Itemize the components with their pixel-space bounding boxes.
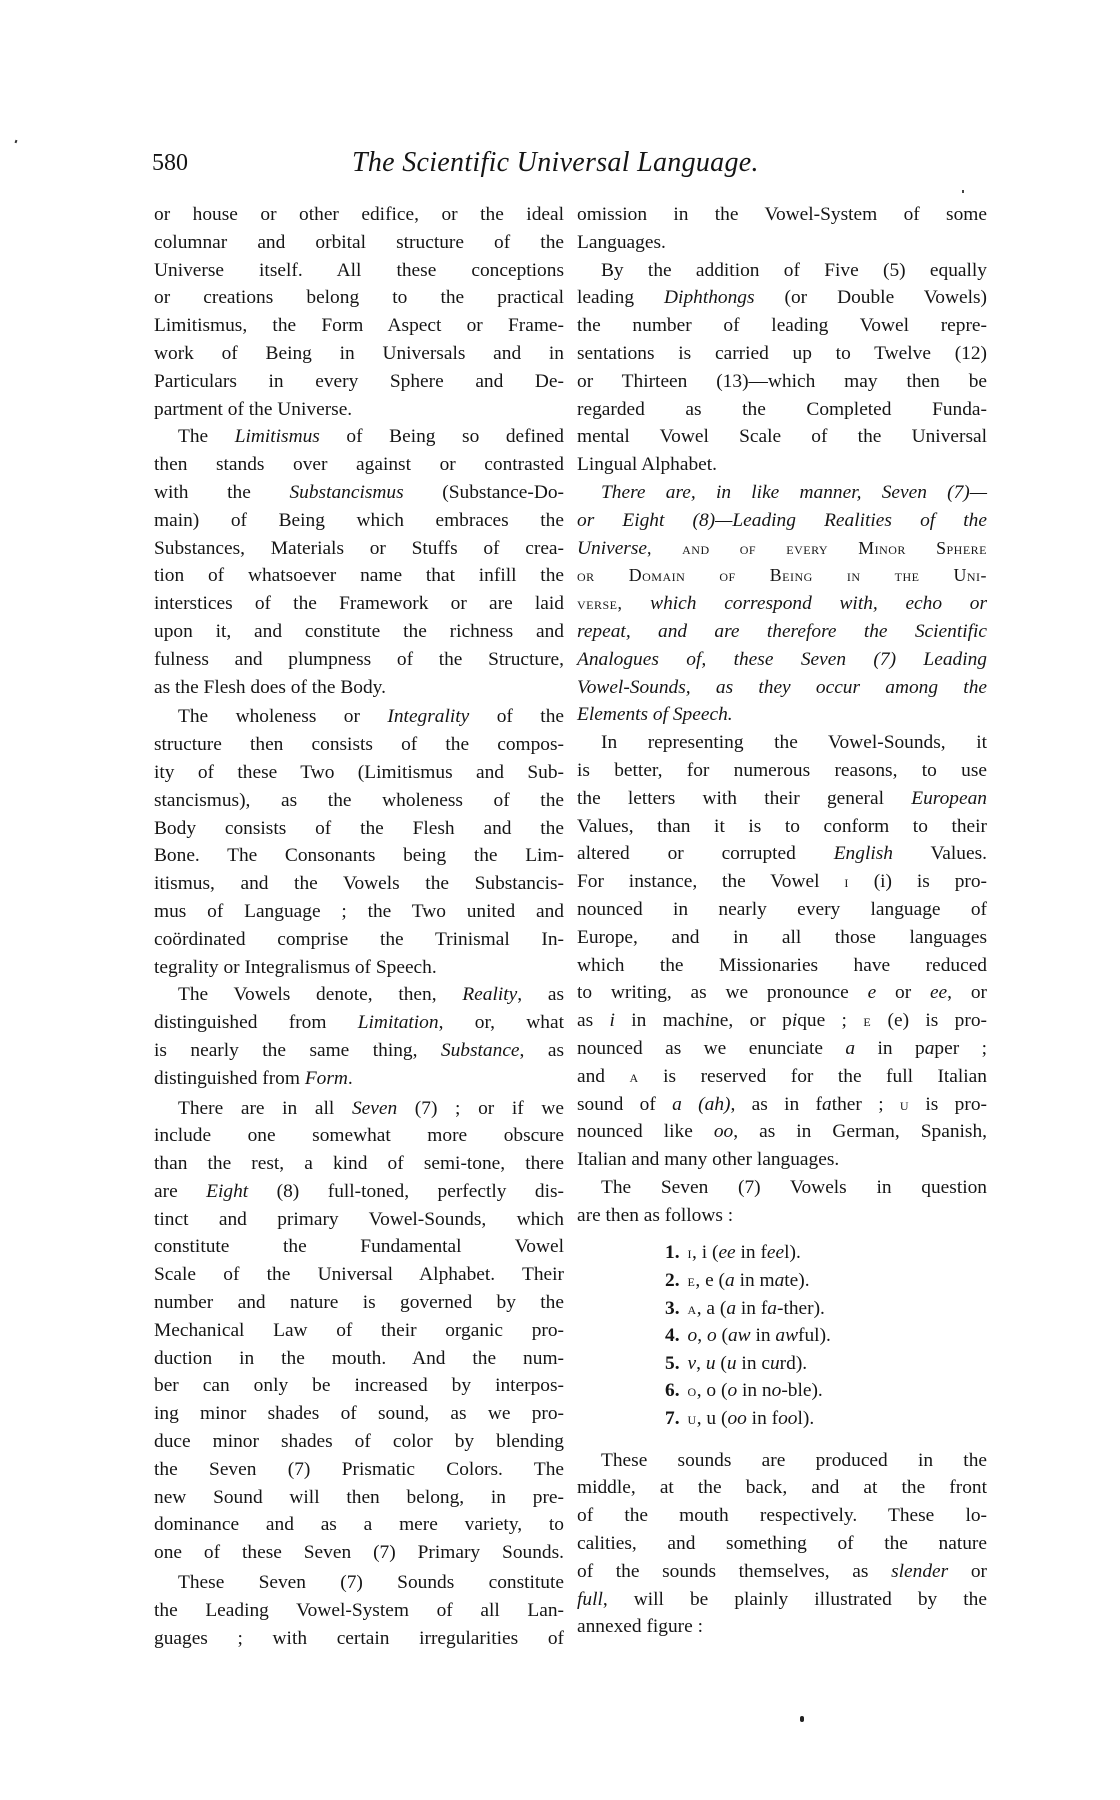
text-line: sound of a (ah), as in father ; u is pro…	[577, 1091, 987, 1119]
text-line: as i in machine, or pique ; e (e) is pro…	[577, 1007, 987, 1035]
text-line: By the addition of Five (5) equally	[577, 257, 987, 285]
text-line: There are, in like manner, Seven (7)—	[577, 479, 987, 507]
page-number: 580	[152, 148, 188, 178]
text-line: are Eight (8) full-toned, perfectly dis-	[154, 1178, 564, 1206]
running-title: The Scientific Universal Language.	[352, 148, 759, 178]
text-line: of the mouth respectively. These lo-	[577, 1502, 987, 1530]
text-line: distinguished from Form.	[154, 1065, 564, 1093]
text-line: nounced as we enunciate a in paper ;	[577, 1035, 987, 1063]
text-line: The Seven (7) Vowels in question	[577, 1174, 987, 1202]
text-line: verse, which correspond with, echo or	[577, 590, 987, 618]
paragraph-leading-realities: There are, in like manner, Seven (7)— or…	[577, 479, 987, 729]
text-line: mus of Language ; the Two united and	[154, 898, 564, 926]
paragraph-vowels-denote: The Vowels denote, then, Reality, as dis…	[154, 981, 564, 1092]
text-line: Values, than it is to conform to their	[577, 813, 987, 841]
text-line: tinct and primary Vowel-Sounds, which	[154, 1206, 564, 1234]
text-line: one of these Seven (7) Primary Sounds.	[154, 1539, 564, 1567]
text-line: The wholeness or Integrality of the	[154, 703, 564, 731]
text-line: altered or corrupted English Values.	[577, 840, 987, 868]
text-line: The Vowels denote, then, Reality, as	[154, 981, 564, 1009]
paragraph-seven-vowels-intro: The Seven (7) Vowels in question are the…	[577, 1174, 987, 1230]
text-line: Europe, and in all those languages	[577, 924, 987, 952]
text-line: Languages.	[577, 229, 987, 257]
paragraph-continued: omission in the Vowel-System of some Lan…	[577, 201, 987, 257]
text-line: are then as follows :	[577, 1202, 987, 1230]
text-line: Lingual Alphabet.	[577, 451, 987, 479]
paragraph-representing-vowels: In representing the Vowel-Sounds, it is …	[577, 729, 987, 1174]
vowel-list-item: 3.a, a (a in fa-ther).	[577, 1295, 987, 1323]
text-line: Mechanical Law of their organic pro-	[154, 1317, 564, 1345]
paragraph-sounds-produced: These sounds are produced in the middle,…	[577, 1447, 987, 1642]
text-line: is better, for numerous reasons, to use	[577, 757, 987, 785]
text-line: number and nature is governed by the	[154, 1289, 564, 1317]
left-column: or house or other edifice, or the ideal …	[154, 201, 564, 1652]
text-line: work of Being in Universals and in	[154, 340, 564, 368]
page-header: 580 The Scientific Universal Language.	[152, 148, 988, 182]
text-line: For instance, the Vowel i (i) is pro-	[577, 868, 987, 896]
text-line: full, will be plainly illustrated by the	[577, 1586, 987, 1614]
text-line: Body consists of the Flesh and the	[154, 815, 564, 843]
right-column: omission in the Vowel-System of some Lan…	[577, 201, 987, 1641]
text-line: Scale of the Universal Alphabet. Their	[154, 1261, 564, 1289]
text-line: These Seven (7) Sounds constitute	[154, 1569, 564, 1597]
text-line: new Sound will then belong, in pre-	[154, 1484, 564, 1512]
vowel-list-item: 4.o, o (aw in awful).	[577, 1322, 987, 1350]
text-line: of the sounds themselves, as slender or	[577, 1558, 987, 1586]
text-line: constitute the Fundamental Vowel	[154, 1233, 564, 1261]
text-line: Italian and many other languages.	[577, 1146, 987, 1174]
text-line: nounced like oo, as in German, Spanish,	[577, 1118, 987, 1146]
text-line: Universe itself. All these conceptions	[154, 257, 564, 285]
scan-artifact-tick	[962, 190, 964, 193]
text-line: then stands over against or contrasted	[154, 451, 564, 479]
text-line: dominance and as a mere variety, to	[154, 1511, 564, 1539]
text-line: include one somewhat more obscure	[154, 1122, 564, 1150]
text-line: partment of the Universe.	[154, 396, 564, 424]
paragraph: or house or other edifice, or the ideal …	[154, 201, 564, 423]
vowel-list-item: 2.e, e (a in mate).	[577, 1267, 987, 1295]
text-line: duce minor shades of color by blending	[154, 1428, 564, 1456]
text-line: fulness and plumpness of the Structure,	[154, 646, 564, 674]
text-line: regarded as the Completed Funda-	[577, 396, 987, 424]
text-line: with the Substancismus (Substance-Do-	[154, 479, 564, 507]
text-line: and a is reserved for the full Italian	[577, 1063, 987, 1091]
text-line: or Eight (8)—Leading Realities of the	[577, 507, 987, 535]
text-line: coördinated comprise the Trinismal In-	[154, 926, 564, 954]
text-line: distinguished from Limitation, or, what	[154, 1009, 564, 1037]
text-line: Vowel-Sounds, as they occur among the	[577, 674, 987, 702]
paragraph-limitismus: The Limitismus of Being so defined then …	[154, 423, 564, 701]
text-line: duction in the mouth. And the num-	[154, 1345, 564, 1373]
vowel-list-item: 6.o, o (o in no-ble).	[577, 1377, 987, 1405]
text-line: guages ; with certain irregularities of	[154, 1625, 564, 1653]
vowel-list-item: 5.v, u (u in curd).	[577, 1350, 987, 1378]
scan-artifact-mark	[15, 140, 18, 144]
vowel-list-item: 7.u, u (oo in fool).	[577, 1405, 987, 1433]
text-line: These sounds are produced in the	[577, 1447, 987, 1475]
text-line: to writing, as we pronounce e or ee, or	[577, 979, 987, 1007]
text-line: middle, at the back, and at the front	[577, 1474, 987, 1502]
text-line: which the Missionaries have reduced	[577, 952, 987, 980]
text-line: itismus, and the Vowels the Substancis-	[154, 870, 564, 898]
text-line: as the Flesh does of the Body.	[154, 674, 564, 702]
paragraph-seven-sounds: There are in all Seven (7) ; or if we in…	[154, 1095, 564, 1568]
text-line: or Domain of Being in the Uni-	[577, 562, 987, 590]
text-line: Elements of Speech.	[577, 701, 987, 729]
vowel-list-item: 1.i, i (ee in feel).	[577, 1239, 987, 1267]
text-line: Analogues of, these Seven (7) Leading	[577, 646, 987, 674]
text-line: Bone. The Consonants being the Lim-	[154, 842, 564, 870]
text-line: Limitismus, the Form Aspect or Frame-	[154, 312, 564, 340]
text-line: sentations is carried up to Twelve (12)	[577, 340, 987, 368]
text-line: structure then consists of the compos-	[154, 731, 564, 759]
text-line: upon it, and constitute the richness and	[154, 618, 564, 646]
text-line: Universe, and of every Minor Sphere	[577, 535, 987, 563]
text-line: ber can only be increased by interpos-	[154, 1372, 564, 1400]
scan-artifact-dot	[800, 1716, 804, 1722]
text-line: calities, and something of the nature	[577, 1530, 987, 1558]
text-line: or Thirteen (13)—which may then be	[577, 368, 987, 396]
paragraph-integrality: The wholeness or Integrality of the stru…	[154, 703, 564, 981]
paragraph-diphthongs: By the addition of Five (5) equally lead…	[577, 257, 987, 479]
text-line: main) of Being which embraces the	[154, 507, 564, 535]
text-line: The Limitismus of Being so defined	[154, 423, 564, 451]
text-line: Substances, Materials or Stuffs of crea-	[154, 535, 564, 563]
text-line: interstices of the Framework or are laid	[154, 590, 564, 618]
text-line: stancismus), as the wholeness of the	[154, 787, 564, 815]
text-line: omission in the Vowel-System of some	[577, 201, 987, 229]
text-line: the Leading Vowel-System of all Lan-	[154, 1597, 564, 1625]
text-line: leading Diphthongs (or Double Vowels)	[577, 284, 987, 312]
text-line: the letters with their general European	[577, 785, 987, 813]
text-line: tegrality or Integralismus of Speech.	[154, 954, 564, 982]
text-line: mental Vowel Scale of the Universal	[577, 423, 987, 451]
text-line: ing minor shades of sound, as we pro-	[154, 1400, 564, 1428]
text-line: columnar and orbital structure of the	[154, 229, 564, 257]
paragraph-leading-vowel-system: These Seven (7) Sounds constitute the Le…	[154, 1569, 564, 1652]
text-line: In representing the Vowel-Sounds, it	[577, 729, 987, 757]
text-line: the Seven (7) Prismatic Colors. The	[154, 1456, 564, 1484]
text-line: annexed figure :	[577, 1613, 987, 1641]
text-line: the number of leading Vowel repre-	[577, 312, 987, 340]
text-line: ity of these Two (Limitismus and Sub-	[154, 759, 564, 787]
text-line: There are in all Seven (7) ; or if we	[154, 1095, 564, 1123]
text-line: or creations belong to the practical	[154, 284, 564, 312]
text-line: than the rest, a kind of semi-tone, ther…	[154, 1150, 564, 1178]
text-line: or house or other edifice, or the ideal	[154, 201, 564, 229]
text-line: nounced in nearly every language of	[577, 896, 987, 924]
text-line: tion of whatsoever name that infill the	[154, 562, 564, 590]
text-line: Particulars in every Sphere and De-	[154, 368, 564, 396]
text-line: is nearly the same thing, Substance, as	[154, 1037, 564, 1065]
vowel-list: 1.i, i (ee in feel). 2.e, e (a in mate).…	[577, 1239, 987, 1432]
text-line: repeat, and are therefore the Scientific	[577, 618, 987, 646]
